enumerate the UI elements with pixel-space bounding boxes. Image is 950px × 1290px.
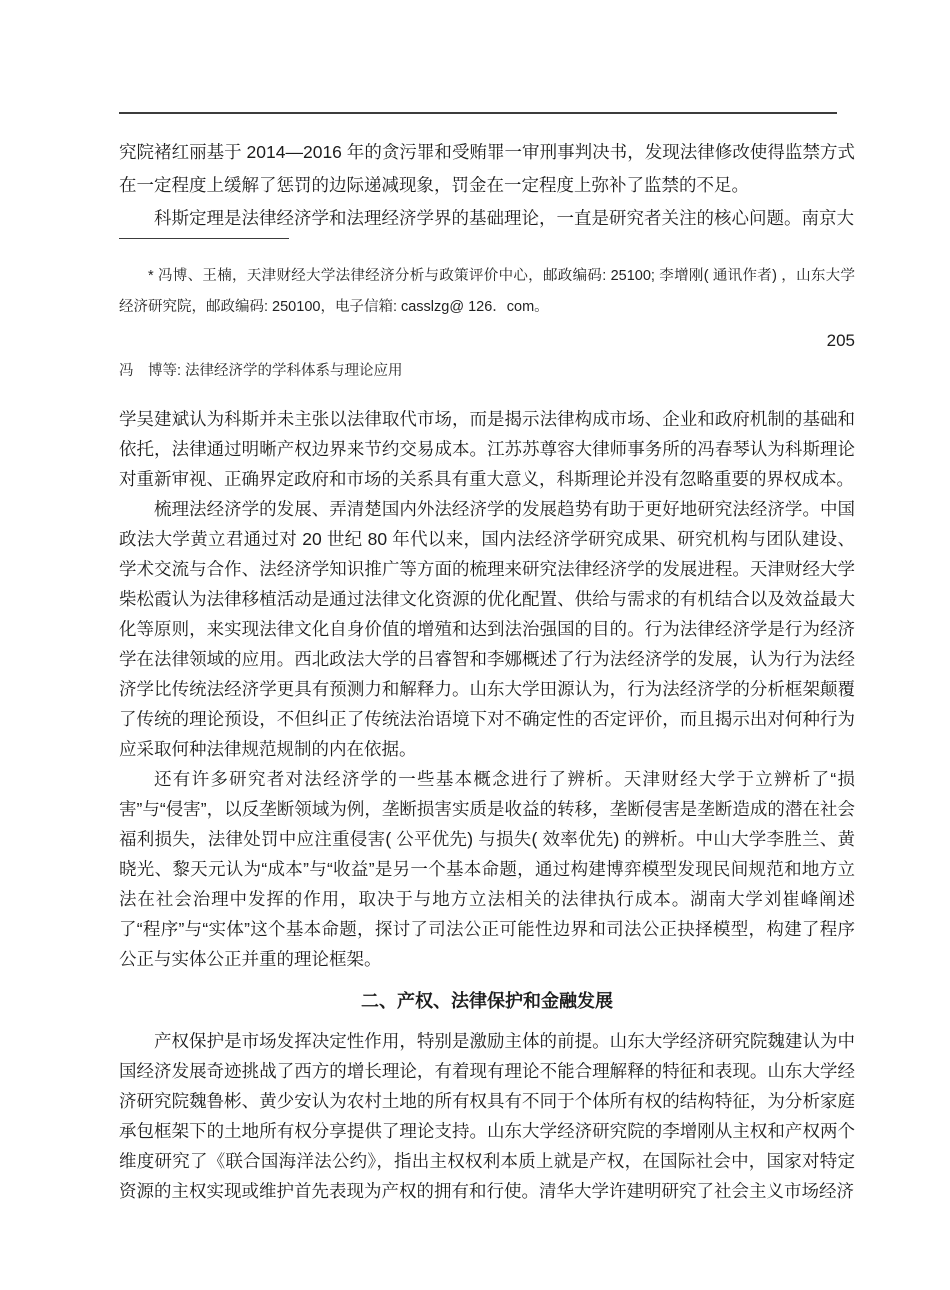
footnote-separator xyxy=(119,238,289,239)
top-text-block: 究院褚红丽基于 2014—2016 年的贪污罪和受贿罪一审刑事判决书，发现法律修… xyxy=(119,136,855,235)
footnote-text: * 冯博、王楠，天津财经大学法律经济分析与政策评价中心，邮政编码: 25100;… xyxy=(119,261,855,323)
paragraph-development: 梳理法经济学的发展、弄清楚国内外法经济学的发展趋势有助于更好地研究法经济学。中国… xyxy=(119,494,855,764)
body-text-block: 学吴建斌认为科斯并未主张以法律取代市场，而是揭示法律构成市场、企业和政府机制的基… xyxy=(119,404,855,1206)
document-page: 究院褚红丽基于 2014—2016 年的贪污罪和受贿罪一审刑事判决书，发现法律修… xyxy=(0,0,950,1290)
paragraph-property-rights: 产权保护是市场发挥决定性作用，特别是激励主体的前提。山东大学经济研究院魏建认为中… xyxy=(119,1026,855,1206)
paragraph-concepts: 还有许多研究者对法经济学的一些基本概念进行了辨析。天津财经大学于立辨析了“损害”… xyxy=(119,764,855,974)
running-header: 冯 博等: 法律经济学的学科体系与理论应用 xyxy=(119,359,855,380)
section-heading: 二、产权、法律保护和金融发展 xyxy=(119,986,855,1016)
page-number: 205 xyxy=(119,331,855,351)
paragraph-coase-start: 科斯定理是法律经济学和法理经济学界的基础理论，一直是研究者关注的核心问题。南京大 xyxy=(119,202,855,235)
page-top-rule xyxy=(119,112,837,114)
paragraph-coase-continuation: 学吴建斌认为科斯并未主张以法律取代市场，而是揭示法律构成市场、企业和政府机制的基… xyxy=(119,404,855,494)
paragraph-prev-page-continuation: 究院褚红丽基于 2014—2016 年的贪污罪和受贿罪一审刑事判决书，发现法律修… xyxy=(119,136,855,202)
text-column: 究院褚红丽基于 2014—2016 年的贪污罪和受贿罪一审刑事判决书，发现法律修… xyxy=(119,112,855,1206)
